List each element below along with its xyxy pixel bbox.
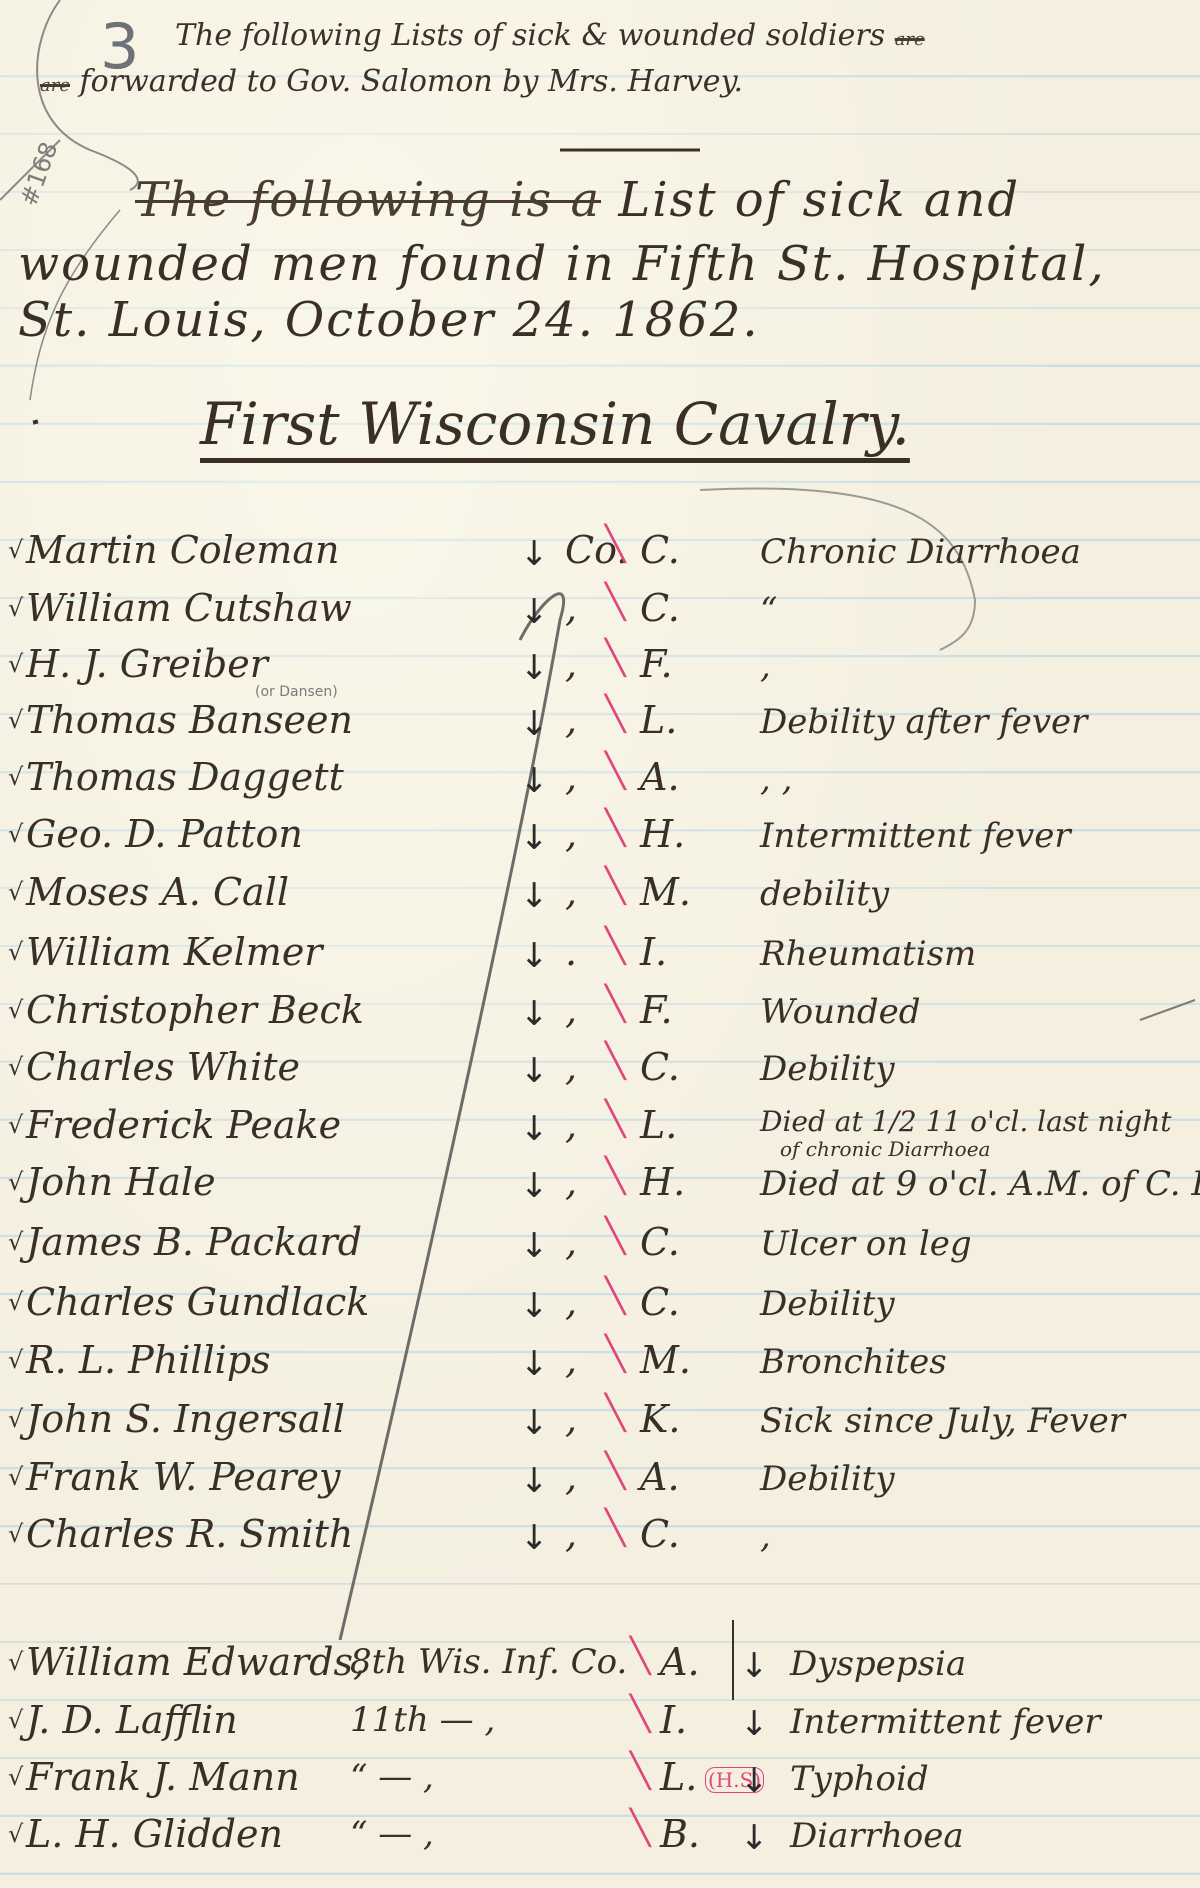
table-row: √John Hale↓,╲H.Died at 9 o'cl. A.M. of C… <box>0 1160 1200 1218</box>
company-prefix: , <box>565 1338 577 1382</box>
company-prefix: , <box>565 1455 577 1499</box>
down-arrow-icon: ↓ <box>520 818 549 858</box>
red-check-icon: ╲ <box>605 1216 625 1256</box>
company-letter: C. <box>640 1220 680 1264</box>
table-row: √Frederick Peake↓,╲L.Died at 1/2 11 o'cl… <box>0 1103 1200 1161</box>
condition: Intermittent fever <box>790 1702 1101 1742</box>
soldier-name: R. L. Phillips <box>26 1338 271 1382</box>
check-mark-icon: √ <box>8 1111 23 1139</box>
down-arrow-icon: ↓ <box>520 1109 549 1149</box>
table-row: √James B. Packard↓,╲C.Ulcer on leg <box>0 1220 1200 1278</box>
unit: “ — , <box>350 1814 434 1854</box>
condition: Diarrhoea <box>790 1816 964 1856</box>
condition: Debility after fever <box>760 702 1087 742</box>
check-mark-icon: √ <box>8 536 23 564</box>
company-prefix: , <box>565 1220 577 1264</box>
table-row: √Moses A. Call↓,╲M.debility <box>0 870 1200 928</box>
condition: Died at 1/2 11 o'cl. last night <box>760 1105 1172 1138</box>
table-row: √J. D. Lafflin11th — ,╲I.↓Intermittent f… <box>0 1698 1200 1756</box>
soldier-name: Charles White <box>26 1045 300 1089</box>
red-check-icon: ╲ <box>630 1636 650 1676</box>
check-mark-icon: √ <box>8 1053 23 1081</box>
check-mark-icon: √ <box>8 706 23 734</box>
company-prefix: , <box>565 1280 577 1324</box>
condition: , , <box>760 759 792 799</box>
check-mark-icon: √ <box>8 1520 23 1548</box>
struck-word: are <box>895 29 925 50</box>
company-letter: C. <box>640 586 680 630</box>
company-letter: I. <box>640 930 667 974</box>
check-mark-icon: √ <box>8 1820 23 1848</box>
check-mark-icon: √ <box>8 820 23 848</box>
soldier-name: Charles R. Smith <box>26 1512 353 1556</box>
company-letter: A. <box>640 1455 680 1499</box>
red-check-icon: ╲ <box>605 1099 625 1139</box>
company-prefix: . <box>565 930 577 974</box>
down-arrow-icon: ↓ <box>520 994 549 1034</box>
soldier-name: Geo. D. Patton <box>26 812 303 856</box>
check-mark-icon: √ <box>8 938 23 966</box>
table-row: √Thomas Banseen(or Dansen)↓,╲L.Debility … <box>0 698 1200 756</box>
company-prefix: , <box>565 988 577 1032</box>
soldier-name: H. J. Greiber <box>26 642 268 686</box>
down-arrow-icon: ↓ <box>740 1761 769 1801</box>
check-mark-icon: √ <box>8 650 23 678</box>
condition: Debility <box>760 1284 895 1324</box>
company-prefix: , <box>565 1045 577 1089</box>
regiment-heading: First Wisconsin Cavalry. <box>200 390 910 458</box>
table-row: √William Edwards,8th Wis. Inf. Co.╲A.↓Dy… <box>0 1640 1200 1698</box>
company-letter: I. <box>660 1698 687 1742</box>
table-row: √R. L. Phillips↓,╲M.Bronchites <box>0 1338 1200 1396</box>
company-prefix: , <box>565 1103 577 1147</box>
down-arrow-icon: ↓ <box>520 534 549 574</box>
header-note-text: The following Lists of sick & wounded so… <box>175 18 885 53</box>
condition: Chronic Diarrhoea <box>760 532 1081 572</box>
check-mark-icon: √ <box>8 1346 23 1374</box>
soldier-name: Martin Coleman <box>26 528 339 572</box>
red-check-icon: ╲ <box>630 1751 650 1791</box>
unit: 11th — , <box>350 1700 495 1740</box>
company-letter: H. <box>640 812 685 856</box>
name-annotation: (or Dansen) <box>255 684 338 700</box>
soldier-name: Frederick Peake <box>26 1103 341 1147</box>
soldier-name: Charles Gundlack <box>26 1280 369 1324</box>
down-arrow-icon: ↓ <box>740 1704 769 1744</box>
unit: 8th Wis. Inf. Co. <box>350 1642 627 1682</box>
table-row: √Martin Coleman↓Co.╲C.Chronic Diarrhoea <box>0 528 1200 586</box>
condition: Sick since July, Fever <box>760 1401 1125 1441</box>
company-letter: A. <box>660 1640 700 1684</box>
condition: Dyspepsia <box>790 1644 966 1684</box>
table-row: √Thomas Daggett↓,╲A., , <box>0 755 1200 813</box>
down-arrow-icon: ↓ <box>520 1403 549 1443</box>
company-letter: L. <box>640 698 677 742</box>
struck-word: are <box>40 75 70 96</box>
down-arrow-icon: ↓ <box>740 1818 769 1858</box>
down-arrow-icon: ↓ <box>520 1344 549 1384</box>
table-row: √Charles Gundlack↓,╲C.Debility <box>0 1280 1200 1338</box>
red-check-icon: ╲ <box>605 1393 625 1433</box>
soldier-name: William Edwards, <box>26 1640 365 1684</box>
table-row: √L. H. Glidden“ — ,╲B.↓Diarrhoea <box>0 1812 1200 1870</box>
condition: Intermittent fever <box>760 816 1071 856</box>
check-mark-icon: √ <box>8 1763 23 1791</box>
condition: Wounded <box>760 992 921 1032</box>
condition: Typhoid <box>790 1759 929 1799</box>
condition: Debility <box>760 1459 895 1499</box>
soldier-name: John Hale <box>26 1160 216 1204</box>
condition: Died at 9 o'cl. A.M. of C. D. <box>760 1164 1200 1204</box>
company-prefix: , <box>565 698 577 742</box>
soldier-name: Christopher Beck <box>26 988 364 1032</box>
company-letter: C. <box>640 1280 680 1324</box>
red-check-icon: ╲ <box>605 524 625 564</box>
check-mark-icon: √ <box>8 1288 23 1316</box>
company-letter: M. <box>640 870 691 914</box>
down-arrow-icon: ↓ <box>520 648 549 688</box>
down-arrow-icon: ↓ <box>520 936 549 976</box>
table-row: √William Kelmer↓.╲I.Rheumatism <box>0 930 1200 988</box>
red-check-icon: ╲ <box>630 1808 650 1848</box>
table-row: √H. J. Greiber↓,╲F., <box>0 642 1200 700</box>
soldier-name: L. H. Glidden <box>26 1812 283 1856</box>
company-letter: C. <box>640 1512 680 1556</box>
soldier-name: William Cutshaw <box>26 586 352 630</box>
title-text: List of sick and <box>618 172 1020 228</box>
condition: , <box>760 1516 771 1556</box>
table-row: √William Cutshaw↓,╲C.“ <box>0 586 1200 644</box>
down-arrow-icon: ↓ <box>520 761 549 801</box>
company-letter: C. <box>640 528 680 572</box>
red-check-icon: ╲ <box>605 1334 625 1374</box>
red-check-icon: ╲ <box>630 1694 650 1734</box>
check-mark-icon: √ <box>8 996 23 1024</box>
check-mark-icon: √ <box>8 1168 23 1196</box>
down-arrow-icon: ↓ <box>520 1518 549 1558</box>
table-row: √John S. Ingersall↓,╲K.Sick since July, … <box>0 1397 1200 1455</box>
condition: debility <box>760 874 889 914</box>
down-arrow-icon: ↓ <box>520 592 549 632</box>
down-arrow-icon: ↓ <box>520 1286 549 1326</box>
company-prefix: , <box>565 1512 577 1556</box>
soldier-name: Thomas Banseen <box>26 698 353 742</box>
soldier-name: Moses A. Call <box>26 870 289 914</box>
company-letter: A. <box>640 755 680 799</box>
company-letter: C. <box>640 1045 680 1089</box>
red-check-icon: ╲ <box>605 1451 625 1491</box>
soldier-name: Frank W. Pearey <box>26 1455 340 1499</box>
table-row: √Christopher Beck↓,╲F.Wounded <box>0 988 1200 1046</box>
company-letter: L. <box>660 1755 697 1799</box>
red-check-icon: ╲ <box>605 1508 625 1548</box>
red-check-icon: ╲ <box>605 808 625 848</box>
condition: Rheumatism <box>760 934 976 974</box>
red-check-icon: ╲ <box>605 1156 625 1196</box>
title-line1: The following is a List of sick and <box>135 172 1020 228</box>
header-note-line2: are forwarded to Gov. Salomon by Mrs. Ha… <box>40 64 743 99</box>
down-arrow-icon: ↓ <box>520 1461 549 1501</box>
company-prefix: , <box>565 755 577 799</box>
red-check-icon: ╲ <box>605 751 625 791</box>
check-mark-icon: √ <box>8 1648 23 1676</box>
company-letter: F. <box>640 988 673 1032</box>
red-check-icon: ╲ <box>605 1276 625 1316</box>
table-row: √Charles White↓,╲C.Debility <box>0 1045 1200 1103</box>
company-letter: B. <box>660 1812 700 1856</box>
company-prefix: , <box>565 1160 577 1204</box>
condition: Debility <box>760 1049 895 1089</box>
soldier-name: Frank J. Mann <box>26 1755 300 1799</box>
soldier-name: Thomas Daggett <box>26 755 344 799</box>
down-arrow-icon: ↓ <box>520 1166 549 1206</box>
red-check-icon: ╲ <box>605 582 625 622</box>
soldier-name: John S. Ingersall <box>26 1397 345 1441</box>
down-arrow-icon: ↓ <box>520 704 549 744</box>
company-prefix: , <box>565 870 577 914</box>
soldier-name: William Kelmer <box>26 930 322 974</box>
check-mark-icon: √ <box>8 1228 23 1256</box>
check-mark-icon: √ <box>8 878 23 906</box>
red-check-icon: ╲ <box>605 638 625 678</box>
down-arrow-icon: ↓ <box>740 1646 769 1686</box>
title-line3: St. Louis, October 24. 1862. <box>18 292 760 348</box>
condition-line2: of chronic Diarrhoea <box>780 1137 990 1161</box>
company-prefix: , <box>565 1397 577 1441</box>
company-letter: K. <box>640 1397 680 1441</box>
red-check-icon: ╲ <box>605 1041 625 1081</box>
header-note-line1: The following Lists of sick & wounded so… <box>175 18 925 53</box>
table-row: √Geo. D. Patton↓,╲H.Intermittent fever <box>0 812 1200 870</box>
company-prefix: , <box>565 642 577 686</box>
title-line2: wounded men found in Fifth St. Hospital, <box>18 236 1106 292</box>
down-arrow-icon: ↓ <box>520 876 549 916</box>
table-row: √Charles R. Smith↓,╲C., <box>0 1512 1200 1570</box>
red-check-icon: ╲ <box>605 866 625 906</box>
condition: Bronchites <box>760 1342 947 1382</box>
condition: Ulcer on leg <box>760 1224 972 1264</box>
header-note-text: forwarded to Gov. Salomon by Mrs. Harvey… <box>80 64 744 99</box>
red-check-icon: ╲ <box>605 926 625 966</box>
company-letter: M. <box>640 1338 691 1382</box>
check-mark-icon: √ <box>8 1405 23 1433</box>
check-mark-icon: √ <box>8 594 23 622</box>
condition: “ <box>760 590 777 630</box>
red-check-icon: ╲ <box>605 984 625 1024</box>
company-letter: L. <box>640 1103 677 1147</box>
check-mark-icon: √ <box>8 1463 23 1491</box>
check-mark-icon: √ <box>8 763 23 791</box>
unit: “ — , <box>350 1757 434 1797</box>
company-prefix: , <box>565 812 577 856</box>
company-letter: F. <box>640 642 673 686</box>
red-check-icon: ╲ <box>605 694 625 734</box>
check-mark-icon: √ <box>8 1706 23 1734</box>
down-arrow-icon: ↓ <box>520 1226 549 1266</box>
condition: , <box>760 646 771 686</box>
soldier-name: James B. Packard <box>26 1220 362 1264</box>
table-row: √Frank J. Mann“ — ,╲L.(H.S)↓Typhoid <box>0 1755 1200 1813</box>
struck-title-words: The following is a <box>135 172 601 228</box>
down-arrow-icon: ↓ <box>520 1051 549 1091</box>
soldier-name: J. D. Lafflin <box>26 1698 238 1742</box>
company-letter: H. <box>640 1160 685 1204</box>
company-prefix: , <box>565 586 577 630</box>
table-row: √Frank W. Pearey↓,╲A.Debility <box>0 1455 1200 1513</box>
